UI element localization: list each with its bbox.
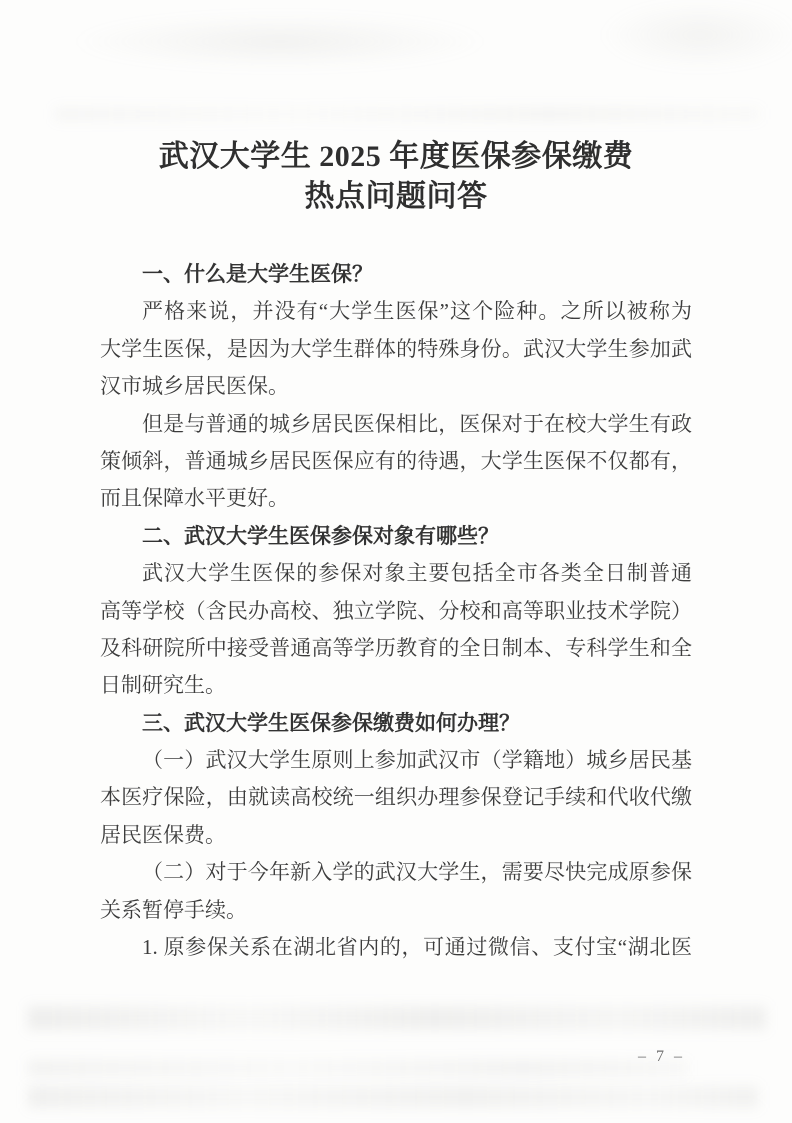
section-heading: 一、什么是大学生医保？ <box>100 256 692 293</box>
body-text-line: （二）对于今年新入学的武汉大学生，需要尽快完成原参保 <box>100 854 692 891</box>
body-text-line: 策倾斜，普通城乡居民医保应有的待遇，大学生医保不仅都有， <box>100 443 692 480</box>
body-text-line: 武汉大学生医保的参保对象主要包括全市各类全日制普通 <box>100 555 692 592</box>
scan-smudge-top-right <box>600 0 792 70</box>
section-heading: 三、武汉大学生医保参保缴费如何办理？ <box>100 705 692 742</box>
body-text-line: 而且保障水平更好。 <box>100 480 692 517</box>
document-title-line-1: 武汉大学生 2025 年度医保参保缴费 <box>0 137 792 177</box>
scan-bleedthrough-line <box>28 1086 758 1108</box>
section-heading: 二、武汉大学生医保参保对象有哪些？ <box>100 518 692 555</box>
body-text-line: 及科研院所中接受普通高等学历教育的全日制本、专科学生和全 <box>100 630 692 667</box>
body-text-line: 汉市城乡居民医保。 <box>100 368 692 405</box>
document-page: 武汉大学生 2025 年度医保参保缴费 热点问题问答 一、什么是大学生医保？ 严… <box>0 0 792 1123</box>
body-text-line: 大学生医保，是因为大学生群体的特殊身份。武汉大学生参加武 <box>100 331 692 368</box>
body-text-line: 本医疗保险，由就读高校统一组织办理参保登记手续和代收代缴 <box>100 779 692 816</box>
body-text-line: （一）武汉大学生原则上参加武汉市（学籍地）城乡居民基 <box>100 742 692 779</box>
body-text-line: 日制研究生。 <box>100 667 692 704</box>
scan-bleedthrough-line <box>28 1060 688 1076</box>
body-text-line: 高等学校（含民办高校、独立学院、分校和高等职业技术学院） <box>100 593 692 630</box>
document-title: 武汉大学生 2025 年度医保参保缴费 热点问题问答 <box>0 137 792 217</box>
body-text-line: 1. 原参保关系在湖北省内的，可通过微信、支付宝“湖北医 <box>100 929 692 966</box>
scan-bleedthrough-line <box>28 1006 766 1030</box>
document-title-line-2: 热点问题问答 <box>0 177 792 217</box>
body-text-line: 居民医保费。 <box>100 817 692 854</box>
document-body: 一、什么是大学生医保？ 严格来说，并没有“大学生医保”这个险种。之所以被称为 大… <box>100 256 692 966</box>
page-number: – 7 – <box>638 1047 685 1067</box>
body-text-line: 严格来说，并没有“大学生医保”这个险种。之所以被称为 <box>100 293 692 330</box>
scan-smudge-top-left <box>70 14 490 69</box>
body-text-line: 关系暂停手续。 <box>100 892 692 929</box>
scan-smudge-band <box>55 108 760 120</box>
body-text-line: 但是与普通的城乡居民医保相比，医保对于在校大学生有政 <box>100 406 692 443</box>
